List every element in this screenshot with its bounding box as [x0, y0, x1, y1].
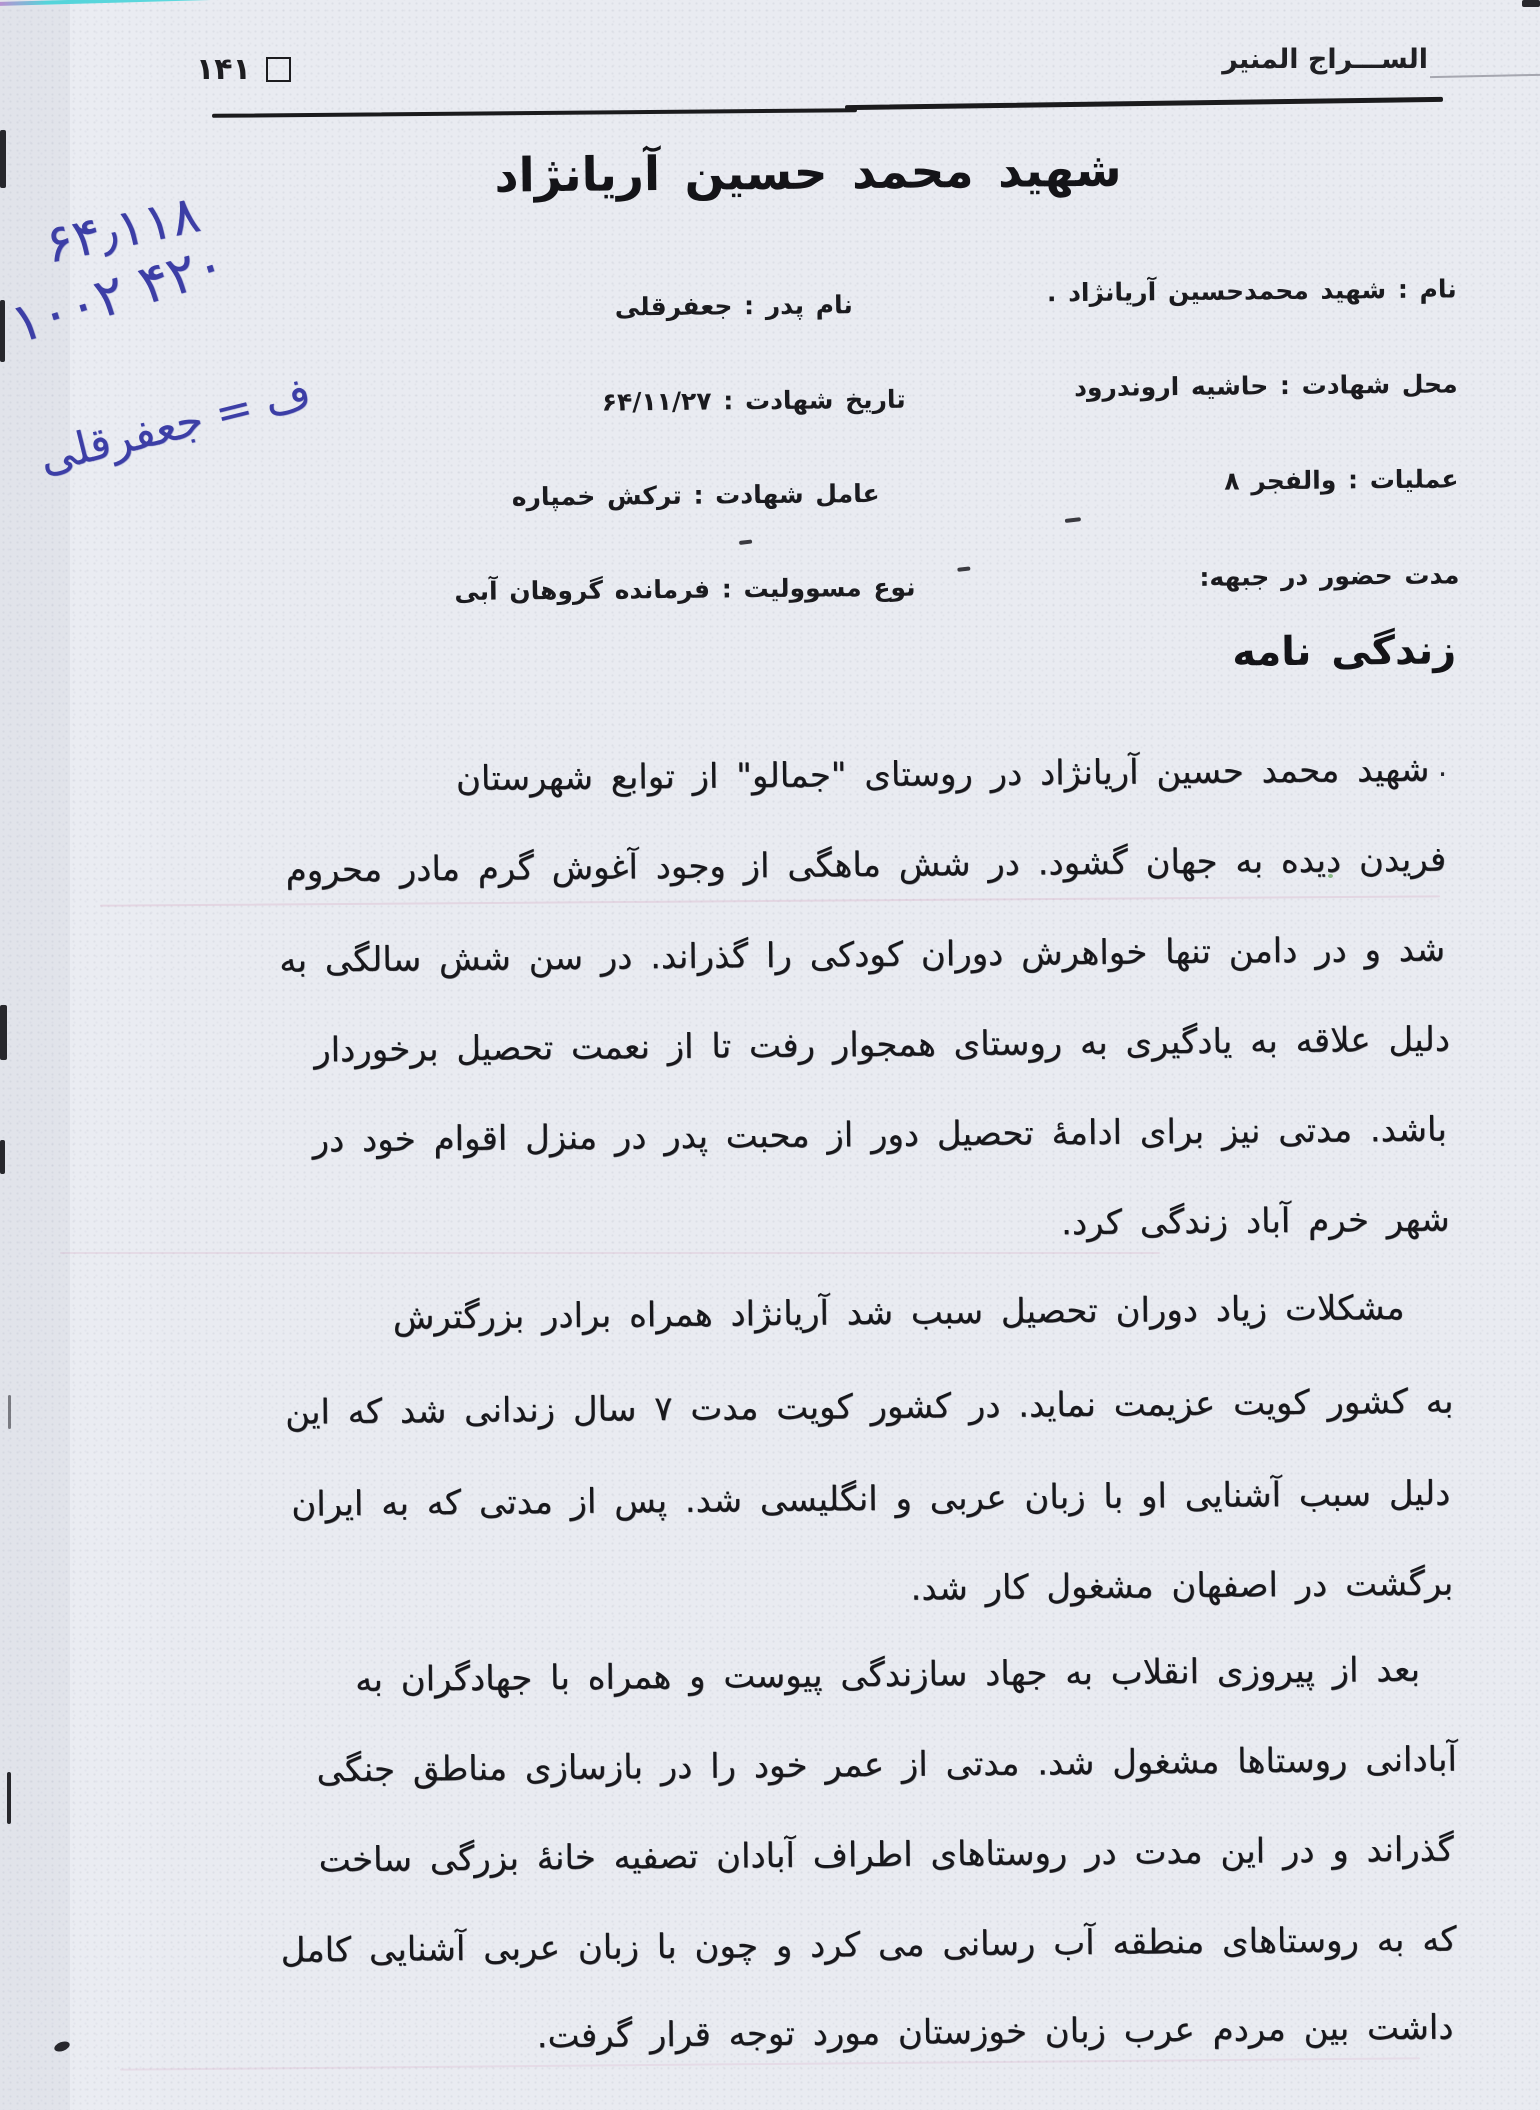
scan-dash	[1065, 517, 1081, 522]
bio-p2-line2: به کشور کویت عزیمت نماید. در کشور کویت م…	[285, 1381, 1454, 1432]
document-content: شهید محمد حسین آریانژاد نام : شهید محمدح…	[0, 0, 1540, 2110]
bio-p2-line3: دلیل سبب آشنایی او با زبان عربی و انگلیس…	[291, 1473, 1450, 1524]
field-responsibility: نوع مسوولیت : فرمانده گروهان آبی	[454, 573, 915, 606]
bio-p1-line3: شد و در دامن تنها خواهرش دوران کودکی را …	[279, 930, 1445, 981]
bio-p2-line4: برگشت در اصفهان مشغول کار شد.	[910, 1563, 1453, 1608]
bio-p3-line5: داشت بین مردم عرب زبان خوزستان مورد توجه…	[536, 2007, 1453, 2056]
martyr-name-title: شهید محمد حسین آریانژاد	[494, 143, 1122, 204]
bio-p3-line4: که به روستاهای منطقه آب رسانی می کرد و چ…	[280, 1919, 1456, 1970]
bio-p3-line3: گذراند و در این مدت در روستاهای اطراف آب…	[318, 1829, 1453, 1880]
bio-p1-line6: شهر خرم آباد زندگی کرد.	[1061, 1199, 1450, 1243]
scan-dash	[739, 539, 752, 544]
scan-dash	[957, 566, 970, 571]
field-operation: عملیات : والفجر ۸	[1224, 464, 1458, 495]
bio-p3-line1: بعد از پیروزی انقلاب به جهاد سازندگی پیو…	[355, 1650, 1420, 1700]
field-front-duration: مدت حضور در جبهه:	[1199, 560, 1459, 591]
field-martyrdom-place: محل شهادت : حاشیه اروندرود	[1074, 369, 1458, 402]
bio-p3-line2: آبادانی روستاها مشغول شد. مدتی از عمر خو…	[316, 1739, 1457, 1790]
paragraph-start-marker: ·	[1438, 757, 1448, 792]
field-martyrdom-date: تاریخ شهادت : ۶۴/۱۱/۲۷	[602, 385, 906, 417]
field-martyrdom-cause: عامل شهادت : ترکش خمپاره	[512, 479, 880, 512]
field-name: نام : شهید محمدحسین آریانژاد .	[1047, 274, 1457, 307]
bio-p1-line2: فریدن دیده به جهان گشود. در شش ماهگی از …	[285, 840, 1446, 891]
field-father-name: نام پدر : جعفرقلی	[615, 290, 853, 321]
bio-p1-line1: شهید محمد حسین آریانژاد در روستای "جمالو…	[456, 750, 1430, 799]
scanned-document-page: الســـراج المنير ۱۴۱ ۶۴٫۱۱۸ ۴۲۰ ۱۰۰۲ ف =…	[0, 0, 1540, 2110]
bio-p2-line1: مشکلات زیاد دوران تحصیل سبب شد آریانژاد …	[393, 1288, 1405, 1338]
bio-p1-line5: باشد. مدتی نیز برای ادامهٔ تحصیل دور از …	[312, 1110, 1447, 1161]
biography-heading: زندگی نامه	[1232, 627, 1456, 675]
bio-p1-line4: دلیل علاقه به یادگیری به روستای همجوار ر…	[314, 1019, 1450, 1070]
